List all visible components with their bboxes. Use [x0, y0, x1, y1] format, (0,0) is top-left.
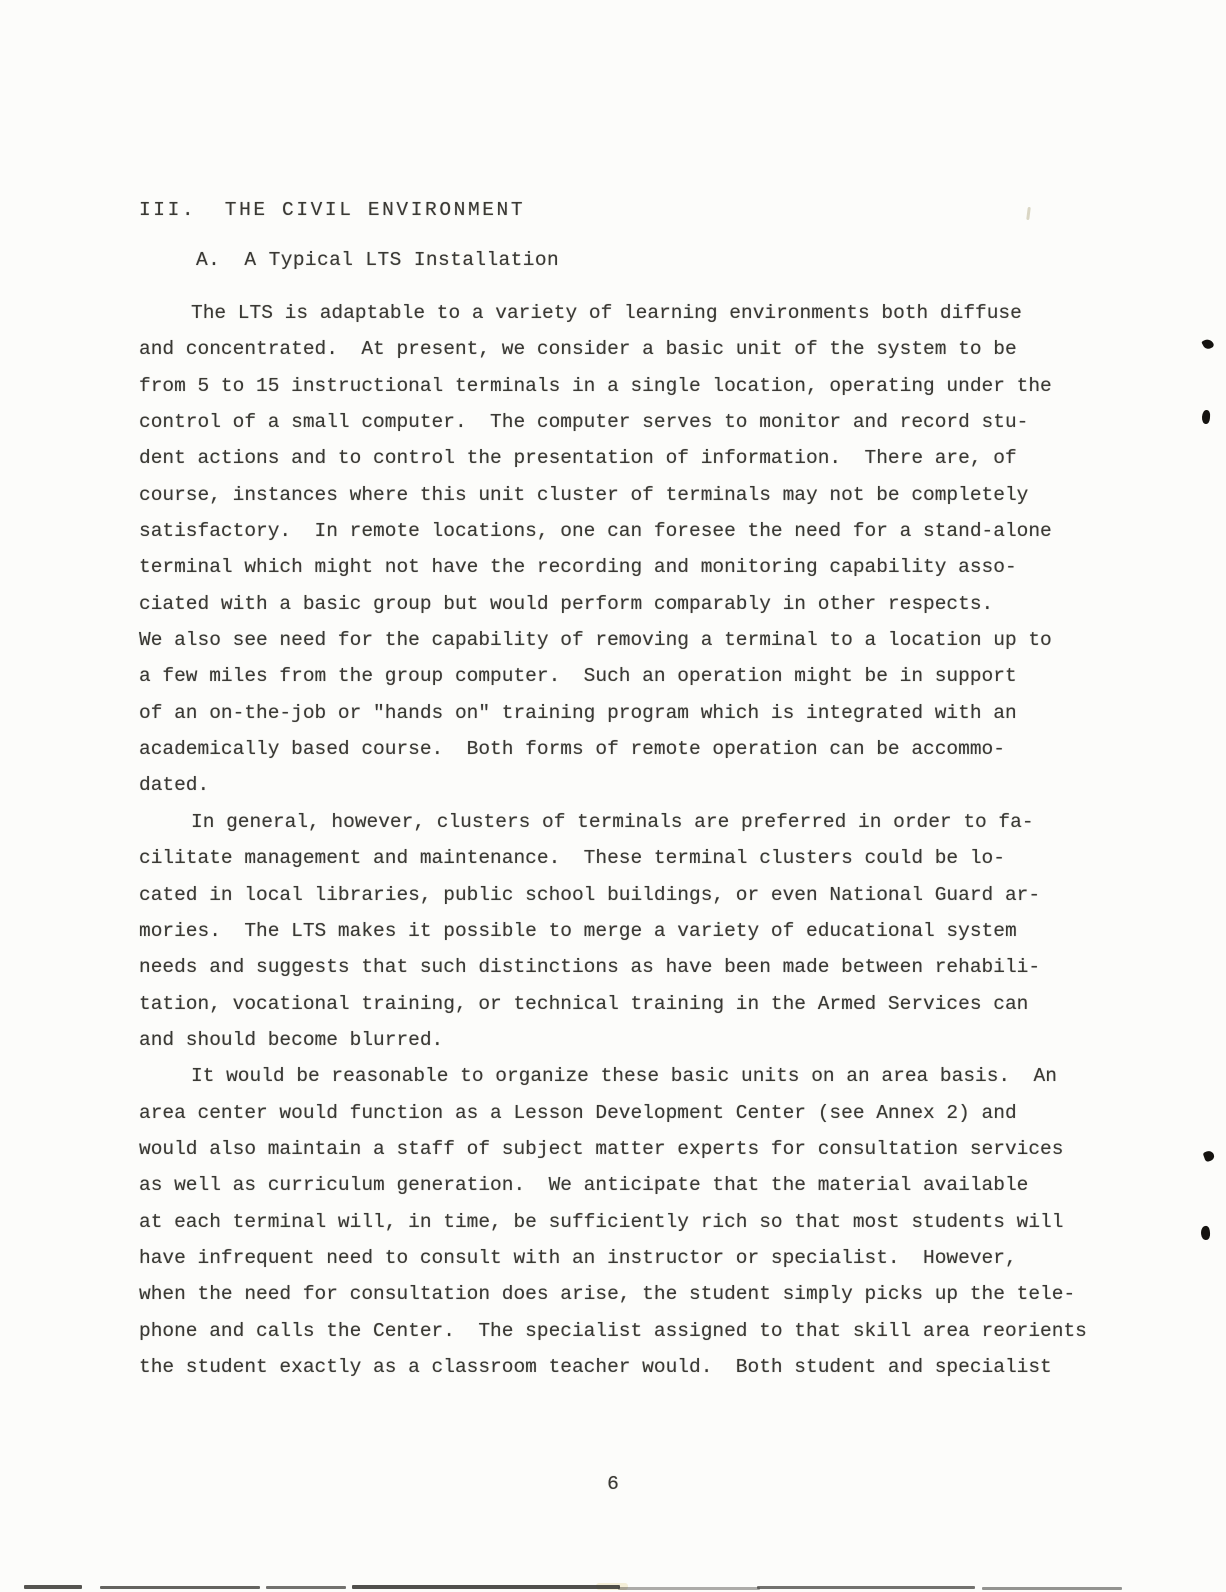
- ink-speck: [1203, 1150, 1216, 1163]
- ink-speck: [1202, 410, 1211, 425]
- text-line: terminal which might not have the record…: [139, 549, 1139, 585]
- text-line: would also maintain a staff of subject m…: [139, 1131, 1139, 1167]
- ink-speck: [1201, 337, 1215, 351]
- text-line: as well as curriculum generation. We ant…: [139, 1167, 1139, 1203]
- scan-line-segment: [266, 1586, 346, 1589]
- text-line: dent actions and to control the presenta…: [139, 440, 1139, 476]
- page: III. THE CIVIL ENVIRONMENT A. A Typical …: [0, 0, 1226, 1592]
- text-line: In general, however, clusters of termina…: [139, 804, 1139, 840]
- scan-line-segment: [757, 1586, 975, 1589]
- text-line: control of a small computer. The compute…: [139, 404, 1139, 440]
- text-line: ciated with a basic group but would perf…: [139, 586, 1139, 622]
- text-line: when the need for consultation does aris…: [139, 1276, 1139, 1312]
- text-line: cilitate management and maintenance. The…: [139, 840, 1139, 876]
- text-line: the student exactly as a classroom teach…: [139, 1349, 1139, 1385]
- text-line: cated in local libraries, public school …: [139, 877, 1139, 913]
- text-line: at each terminal will, in time, be suffi…: [139, 1204, 1139, 1240]
- body-text: The LTS is adaptable to a variety of lea…: [139, 295, 1139, 1385]
- text-line: academically based course. Both forms of…: [139, 731, 1139, 767]
- text-line: satisfactory. In remote locations, one c…: [139, 513, 1139, 549]
- faint-pencil-mark: [1026, 207, 1031, 220]
- paragraph: The LTS is adaptable to a variety of lea…: [139, 295, 1139, 804]
- section-heading: III. THE CIVIL ENVIRONMENT: [139, 192, 525, 228]
- ink-speck: [1200, 1226, 1210, 1241]
- text-line: area center would function as a Lesson D…: [139, 1095, 1139, 1131]
- text-line: tation, vocational training, or technica…: [139, 986, 1139, 1022]
- scan-line-segment: [352, 1585, 620, 1589]
- text-line: have infrequent need to consult with an …: [139, 1240, 1139, 1276]
- subsection-heading: A. A Typical LTS Installation: [196, 242, 559, 278]
- text-line: phone and calls the Center. The speciali…: [139, 1313, 1139, 1349]
- text-line: course, instances where this unit cluste…: [139, 477, 1139, 513]
- text-line: mories. The LTS makes it possible to mer…: [139, 913, 1139, 949]
- scanned-document: { "colors": { "paper": "#fcfcfa", "ink":…: [0, 0, 1226, 1592]
- paragraph: In general, however, clusters of termina…: [139, 804, 1139, 1058]
- scan-line-segment: [618, 1587, 760, 1590]
- text-line: of an on-the-job or "hands on" training …: [139, 695, 1139, 731]
- text-line: from 5 to 15 instructional terminals in …: [139, 368, 1139, 404]
- text-line: and concentrated. At present, we conside…: [139, 331, 1139, 367]
- text-line: dated.: [139, 767, 1139, 803]
- text-line: needs and suggests that such distinction…: [139, 949, 1139, 985]
- text-line: a few miles from the group computer. Suc…: [139, 658, 1139, 694]
- scan-line-segment: [100, 1586, 260, 1589]
- text-line: The LTS is adaptable to a variety of lea…: [139, 295, 1139, 331]
- page-number: 6: [0, 1471, 1226, 1497]
- text-line: We also see need for the capability of r…: [139, 622, 1139, 658]
- scan-smudge: [596, 1583, 628, 1590]
- scan-line-segment: [24, 1585, 82, 1589]
- paragraph: It would be reasonable to organize these…: [139, 1058, 1139, 1385]
- scan-line-segment: [982, 1587, 1122, 1590]
- text-line: and should become blurred.: [139, 1022, 1139, 1058]
- text-line: It would be reasonable to organize these…: [139, 1058, 1139, 1094]
